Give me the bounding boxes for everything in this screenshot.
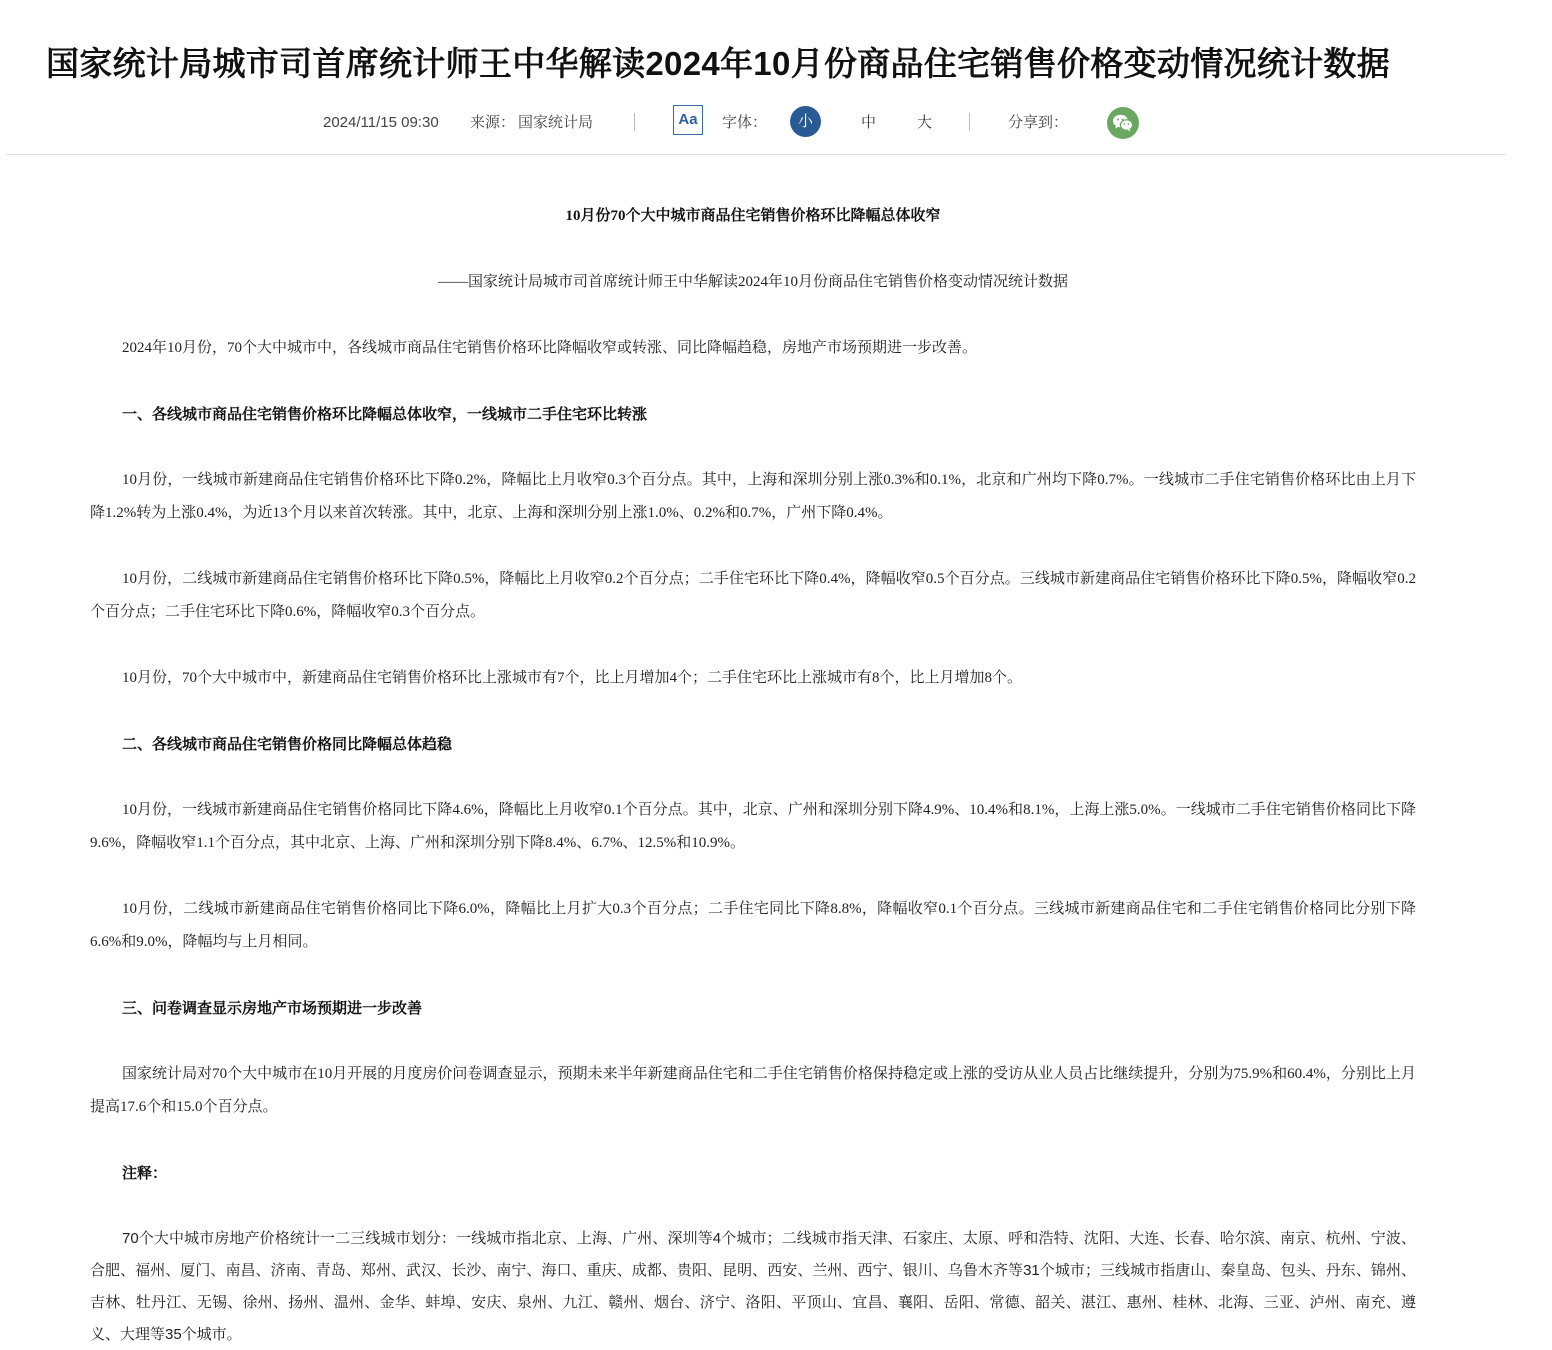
section-heading-2: 二、各线城市商品住宅销售价格同比降幅总体趋稳	[90, 728, 1416, 761]
notes-heading: 注释：	[90, 1157, 1416, 1190]
source-name: 国家统计局	[518, 112, 593, 134]
font-size-large-button[interactable]: 大	[917, 112, 932, 134]
article-meta-bar: 2024/11/15 09:30 来源： 国家统计局 Aa 字体： 小 中 大 …	[6, 96, 1506, 155]
section-1-paragraph-2: 10月份，二线城市新建商品住宅销售价格环比下降0.5%，降幅比上月收窄0.2个百…	[90, 563, 1416, 629]
wechat-icon	[1112, 113, 1134, 133]
section-3-paragraph-1: 国家统计局对70个大中城市在10月开展的月度房价问卷调查显示，预期未来半年新建商…	[90, 1058, 1416, 1124]
section-2-paragraph-2: 10月份，二线城市新建商品住宅销售价格同比下降6.0%，降幅比上月扩大0.3个百…	[90, 893, 1416, 959]
section-1-paragraph-3: 10月份，70个大中城市中，新建商品住宅销售价格环比上涨城市有7个，比上月增加4…	[90, 662, 1416, 695]
font-size-toggle-icon[interactable]: Aa	[673, 105, 703, 135]
page-title: 国家统计局城市司首席统计师王中华解读2024年10月份商品住宅销售价格变动情况统…	[46, 40, 1506, 88]
section-heading-1: 一、各线城市商品住宅销售价格环比降幅总体收窄，一线城市二手住宅环比转涨	[90, 398, 1416, 431]
article-body: 10月份70个大中城市商品住宅销售价格环比降幅总体收窄 ——国家统计局城市司首席…	[90, 200, 1416, 1350]
section-heading-3: 三、问卷调查显示房地产市场预期进一步改善	[90, 992, 1416, 1025]
section-1-paragraph-1: 10月份，一线城市新建商品住宅销售价格环比下降0.2%，降幅比上月收窄0.3个百…	[90, 464, 1416, 530]
meta-divider	[634, 113, 635, 131]
source-label: 来源：	[470, 112, 515, 134]
font-size-small-button[interactable]: 小	[790, 106, 821, 137]
meta-divider	[969, 113, 970, 131]
notes-paragraph: 70个大中城市房地产价格统计一二三线城市划分：一线城市指北京、上海、广州、深圳等…	[90, 1223, 1416, 1350]
font-size-label: 字体：	[722, 112, 767, 134]
share-label: 分享到：	[1008, 112, 1068, 134]
wechat-share-button[interactable]	[1107, 107, 1139, 139]
article-subheading: ——国家统计局城市司首席统计师王中华解读2024年10月份商品住宅销售价格变动情…	[90, 266, 1416, 299]
article-heading: 10月份70个大中城市商品住宅销售价格环比降幅总体收窄	[90, 200, 1416, 233]
intro-paragraph: 2024年10月份，70个大中城市中，各线城市商品住宅销售价格环比降幅收窄或转涨…	[90, 332, 1416, 365]
font-size-medium-button[interactable]: 中	[861, 112, 876, 134]
section-2-paragraph-1: 10月份，一线城市新建商品住宅销售价格同比下降4.6%，降幅比上月收窄0.1个百…	[90, 794, 1416, 860]
publish-datetime: 2024/11/15 09:30	[323, 112, 439, 134]
